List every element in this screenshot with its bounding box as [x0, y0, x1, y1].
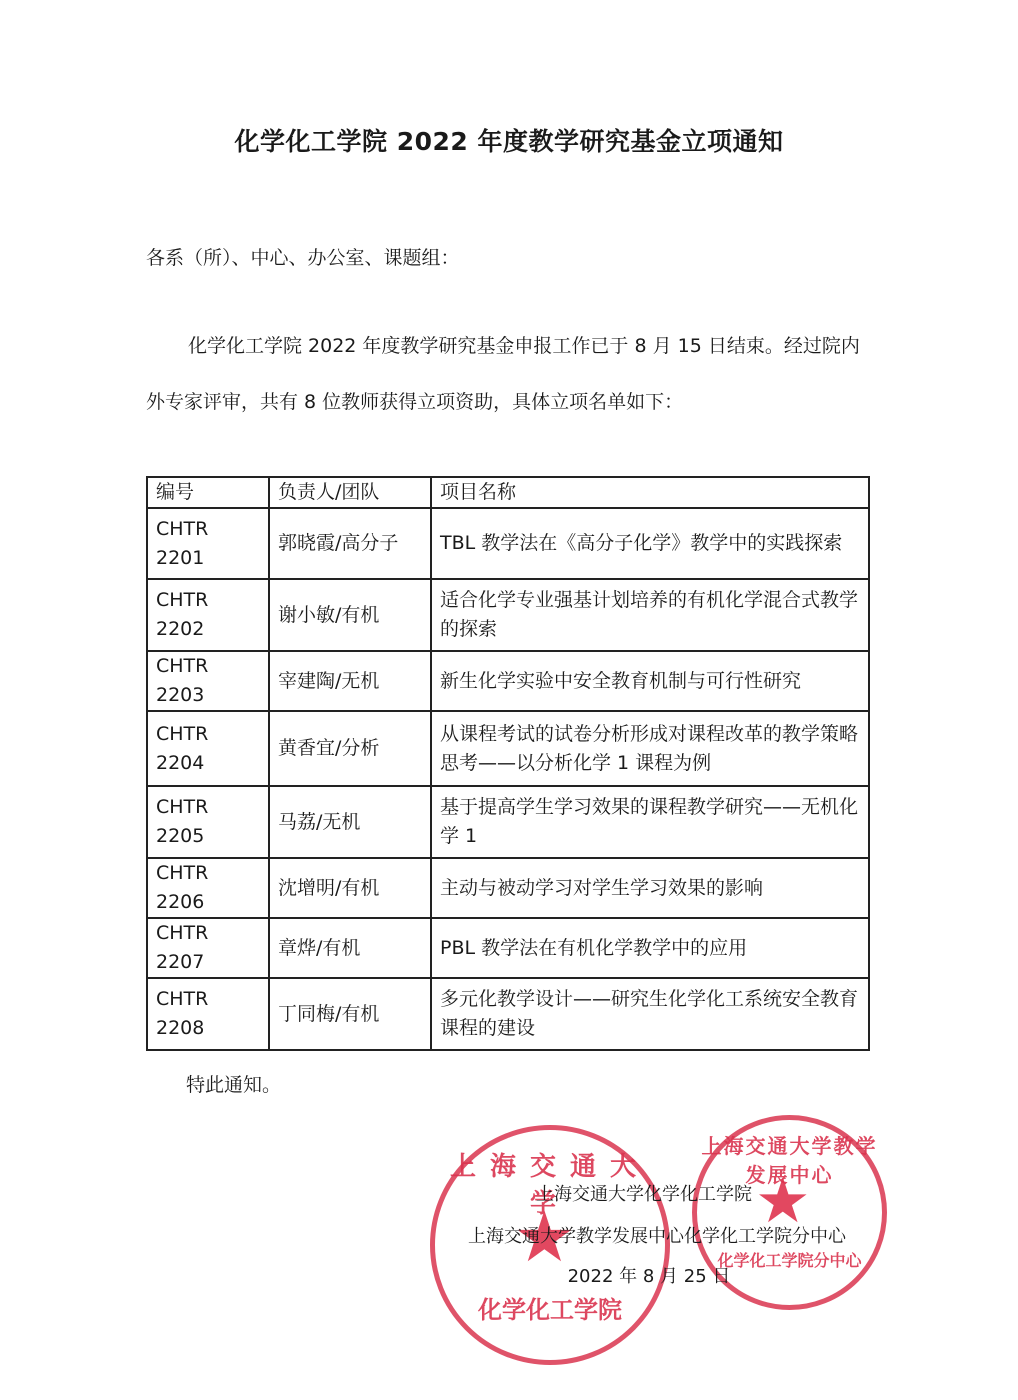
- cell-lead: 丁同梅/有机: [269, 978, 431, 1050]
- cell-lead: 郭晓霞/高分子: [269, 508, 431, 579]
- cell-id: CHTR 2207: [147, 918, 269, 978]
- cell-lead: 马荔/无机: [269, 786, 431, 858]
- cell-project: 主动与被动学习对学生学习效果的影响: [431, 858, 869, 918]
- cell-lead: 沈增明/有机: [269, 858, 431, 918]
- cell-id: CHTR 2201: [147, 508, 269, 579]
- cell-lead: 谢小敏/有机: [269, 579, 431, 651]
- cell-id: CHTR 2203: [147, 651, 269, 711]
- notice-title: 化学化工学院 2022 年度教学研究基金立项通知: [0, 122, 1018, 158]
- grants-table: 编号 负责人/团队 项目名称 CHTR 2201 郭晓霞/高分子 TBL 教学法…: [146, 476, 870, 1051]
- table-row: CHTR 2206 沈增明/有机 主动与被动学习对学生学习效果的影响: [147, 858, 869, 918]
- cell-id: CHTR 2206: [147, 858, 269, 918]
- cell-id: CHTR 2204: [147, 711, 269, 786]
- intro-paragraph: 化学化工学院 2022 年度教学研究基金申报工作已于 8 月 15 日结束。经过…: [146, 318, 876, 430]
- table-row: CHTR 2205 马荔/无机 基于提高学生学习效果的课程教学研究——无机化学 …: [147, 786, 869, 858]
- cell-lead: 黄香宜/分析: [269, 711, 431, 786]
- signature-date: 2022 年 8 月 25 日: [140, 1262, 1018, 1288]
- salutation: 各系（所）、中心、办公室、课题组：: [146, 243, 460, 270]
- cell-id: CHTR 2202: [147, 579, 269, 651]
- signature-center: 上海交通大学教学发展中心化学化工学院分中心: [148, 1222, 1018, 1248]
- cell-id: CHTR 2205: [147, 786, 269, 858]
- cell-id: CHTR 2208: [147, 978, 269, 1050]
- table-row: CHTR 2207 章烨/有机 PBL 教学法在有机化学教学中的应用: [147, 918, 869, 978]
- cell-project: 基于提高学生学习效果的课程教学研究——无机化学 1: [431, 786, 869, 858]
- cell-project: PBL 教学法在有机化学教学中的应用: [431, 918, 869, 978]
- cell-project: 适合化学专业强基计划培养的有机化学混合式教学的探索: [431, 579, 869, 651]
- stamp-bottom-text: 化学化工学院: [435, 1290, 665, 1325]
- cell-lead: 宰建陶/无机: [269, 651, 431, 711]
- table-row: CHTR 2202 谢小敏/有机 适合化学专业强基计划培养的有机化学混合式教学的…: [147, 579, 869, 651]
- closing-text: 特此通知。: [186, 1070, 281, 1097]
- header-lead: 负责人/团队: [269, 477, 431, 508]
- signature-college: 上海交通大学化学化工学院: [135, 1180, 1018, 1206]
- table-row: CHTR 2201 郭晓霞/高分子 TBL 教学法在《高分子化学》教学中的实践探…: [147, 508, 869, 579]
- header-id: 编号: [147, 477, 269, 508]
- table-row: CHTR 2208 丁同梅/有机 多元化教学设计——研究生化学化工系统安全教育课…: [147, 978, 869, 1050]
- cell-project: 从课程考试的试卷分析形成对课程改革的教学策略思考——以分析化学 1 课程为例: [431, 711, 869, 786]
- cell-lead: 章烨/有机: [269, 918, 431, 978]
- cell-project: TBL 教学法在《高分子化学》教学中的实践探索: [431, 508, 869, 579]
- cell-project: 新生化学实验中安全教育机制与可行性研究: [431, 651, 869, 711]
- cell-project: 多元化教学设计——研究生化学化工系统安全教育课程的建设: [431, 978, 869, 1050]
- header-project: 项目名称: [431, 477, 869, 508]
- table-row: CHTR 2204 黄香宜/分析 从课程考试的试卷分析形成对课程改革的教学策略思…: [147, 711, 869, 786]
- table-header-row: 编号 负责人/团队 项目名称: [147, 477, 869, 508]
- table-row: CHTR 2203 宰建陶/无机 新生化学实验中安全教育机制与可行性研究: [147, 651, 869, 711]
